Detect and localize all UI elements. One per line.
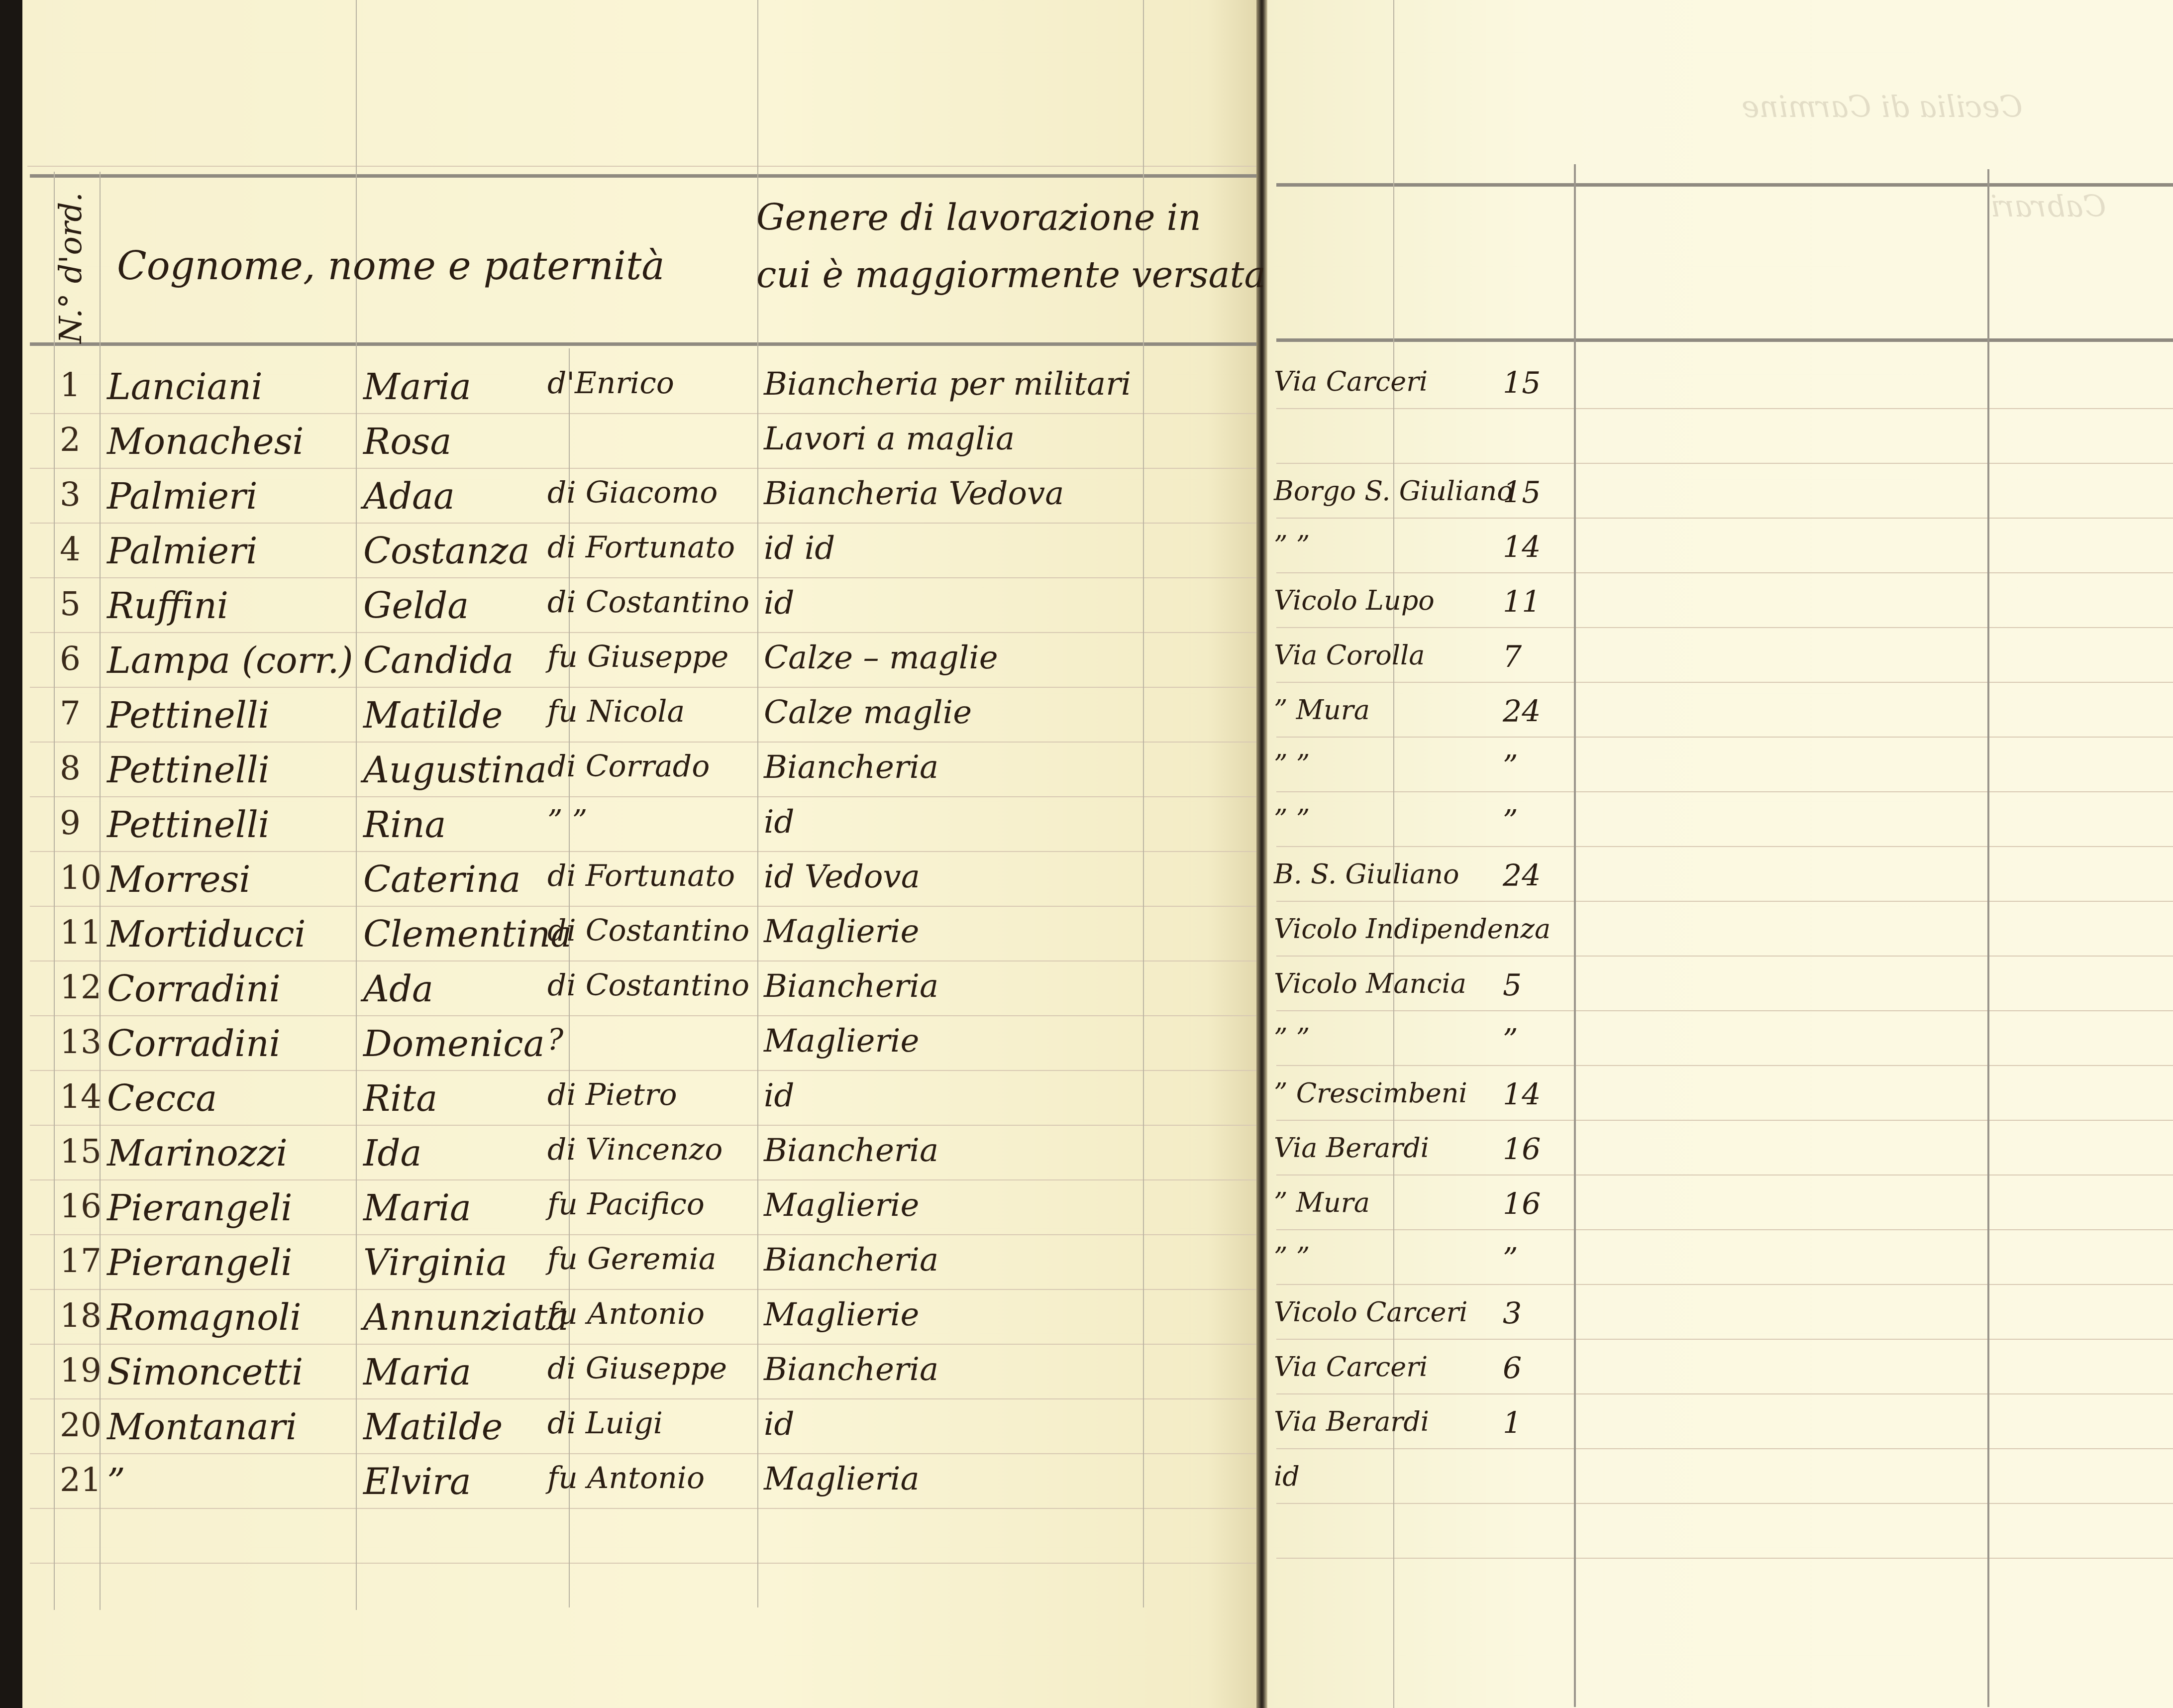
bleed-through-text: Cecilia di Carmine — [1742, 90, 2023, 124]
house-number-cell: 11 — [1503, 585, 1541, 620]
work-type-cell: Biancheria — [764, 1351, 938, 1388]
header-top-rule — [30, 174, 1256, 178]
paternity-cell: di Costantino — [547, 968, 749, 1003]
surname-cell: Lampa (corr.) — [107, 640, 353, 681]
address-cell: Vicolo Mancia — [1274, 968, 1466, 999]
house-number-cell: 5 — [1503, 968, 1522, 1003]
row-rule — [30, 1398, 1256, 1399]
house-number-cell: ” — [1503, 1023, 1518, 1058]
address-cell: ” ” — [1274, 530, 1310, 561]
address-cell: ” Mura — [1274, 694, 1370, 726]
row-rule — [1276, 956, 2173, 957]
work-type-cell: Calze – maglie — [764, 640, 998, 676]
paternity-cell: di Costantino — [547, 913, 749, 948]
surname-cell: Morresi — [107, 858, 251, 900]
row-rule — [30, 413, 1256, 414]
column-header-work-2: cui è maggiormente versata — [756, 254, 1265, 296]
surname-cell: ” — [107, 1461, 125, 1502]
address-cell: B. S. Giuliano — [1274, 858, 1459, 890]
column-rule — [757, 0, 758, 1607]
row-rule — [1276, 1065, 2173, 1066]
row-number: 21 — [60, 1461, 102, 1499]
header-bottom-rule — [30, 342, 1256, 346]
row-rule — [30, 1289, 1256, 1290]
surname-cell: Monachesi — [107, 421, 304, 462]
first-name-cell: Caterina — [363, 858, 520, 900]
first-name-cell: Augustina — [363, 749, 547, 791]
row-number: 18 — [60, 1296, 102, 1335]
row-number: 12 — [60, 968, 102, 1006]
column-rule — [356, 0, 357, 1610]
surname-cell: Marinozzi — [107, 1132, 288, 1174]
house-number-cell: ” — [1503, 1242, 1518, 1277]
row-rule — [30, 468, 1256, 469]
house-number-cell: 6 — [1503, 1351, 1522, 1386]
house-number-cell: 14 — [1503, 530, 1541, 565]
row-rule — [1276, 518, 2173, 519]
row-rule — [1276, 1558, 2173, 1559]
right-header-bottom-rule — [1276, 338, 2173, 342]
paternity-cell: fu Giuseppe — [547, 640, 728, 674]
first-name-cell: Matilde — [363, 1406, 503, 1448]
row-rule — [30, 1234, 1256, 1235]
first-name-cell: Maria — [363, 1351, 471, 1393]
right-page — [1267, 0, 2173, 1708]
row-rule — [30, 851, 1256, 852]
house-number-cell: 14 — [1503, 1077, 1541, 1112]
first-name-cell: Maria — [363, 366, 471, 408]
house-number-cell: 7 — [1503, 640, 1522, 674]
work-type-cell: Biancheria — [764, 1132, 938, 1169]
surname-cell: Simoncetti — [107, 1351, 303, 1393]
column-rule — [1143, 0, 1144, 1607]
address-cell: Via Corolla — [1274, 640, 1425, 671]
row-number: 6 — [60, 640, 81, 678]
surname-cell: Corradini — [107, 1023, 281, 1065]
address-cell: ” Crescimbeni — [1274, 1077, 1467, 1109]
work-type-cell: Biancheria Vedova — [764, 475, 1064, 512]
house-number-cell: 15 — [1503, 366, 1541, 401]
row-rule — [30, 1344, 1256, 1345]
house-number-cell: 24 — [1503, 858, 1541, 893]
address-cell: ” ” — [1274, 804, 1310, 835]
first-name-cell: Matilde — [363, 694, 503, 736]
address-cell: ” Mura — [1274, 1187, 1370, 1218]
column-rule — [1574, 164, 1576, 1707]
paternity-cell: di Luigi — [547, 1406, 663, 1441]
first-name-cell: Rita — [363, 1077, 437, 1119]
house-number-cell: 3 — [1503, 1296, 1522, 1331]
surname-cell: Romagnoli — [107, 1296, 302, 1338]
row-number: 9 — [60, 804, 81, 842]
row-number: 16 — [60, 1187, 102, 1225]
first-name-cell: Domenica — [363, 1023, 545, 1065]
row-number: 7 — [60, 694, 81, 733]
row-number: 20 — [60, 1406, 102, 1444]
surname-cell: Mortiducci — [107, 913, 306, 955]
row-rule — [1276, 1229, 2173, 1230]
row-rule — [1276, 846, 2173, 847]
address-cell: Via Berardi — [1274, 1406, 1429, 1437]
work-type-cell: Maglieria — [764, 1461, 920, 1497]
paternity-cell: d'Enrico — [547, 366, 674, 401]
first-name-cell: Rosa — [363, 421, 451, 462]
row-rule — [30, 796, 1256, 797]
first-name-cell: Clementina — [363, 913, 572, 955]
first-name-cell: Ada — [363, 968, 433, 1010]
first-name-cell: Costanza — [363, 530, 529, 572]
row-rule — [30, 1015, 1256, 1016]
first-name-cell: Rina — [363, 804, 446, 846]
row-rule — [30, 577, 1256, 578]
row-number: 15 — [60, 1132, 102, 1171]
row-rule — [1276, 463, 2173, 464]
address-cell: Vicolo Indipendenza — [1274, 913, 1551, 945]
paternity-cell: fu Geremia — [547, 1242, 716, 1277]
row-rule — [30, 687, 1256, 688]
address-cell: id — [1274, 1461, 1300, 1492]
house-number-cell: 24 — [1503, 694, 1541, 729]
surname-cell: Pettinelli — [107, 804, 270, 846]
row-rule — [1276, 682, 2173, 683]
row-rule — [1276, 1393, 2173, 1394]
row-rule — [30, 1508, 1256, 1509]
row-rule — [1276, 737, 2173, 738]
work-type-cell: Biancheria per militari — [764, 366, 1131, 403]
work-type-cell: Biancheria — [764, 1242, 938, 1279]
work-type-cell: Maglierie — [764, 1023, 919, 1060]
row-number: 5 — [60, 585, 81, 623]
surname-cell: Pierangeli — [107, 1242, 293, 1283]
paternity-cell: di Vincenzo — [547, 1132, 723, 1167]
surname-cell: Lanciani — [107, 366, 263, 408]
row-number: 10 — [60, 858, 102, 897]
surname-cell: Palmieri — [107, 475, 258, 517]
surname-cell: Montanari — [107, 1406, 297, 1448]
row-rule — [30, 1125, 1256, 1126]
surname-cell: Cecca — [107, 1077, 217, 1119]
work-type-cell: Biancheria — [764, 968, 938, 1005]
row-rule — [30, 1563, 1256, 1564]
house-number-cell: ” — [1503, 749, 1518, 784]
address-cell: ” ” — [1274, 1023, 1310, 1054]
work-type-cell: Biancheria — [764, 749, 938, 786]
row-rule — [1276, 791, 2173, 792]
house-number-cell: 16 — [1503, 1187, 1541, 1222]
row-rule — [1276, 1120, 2173, 1121]
surname-cell: Palmieri — [107, 530, 258, 572]
work-type-cell: Lavori a maglia — [764, 421, 1015, 457]
first-name-cell: Elvira — [363, 1461, 471, 1502]
surname-cell: Corradini — [107, 968, 281, 1010]
column-header-name: Cognome, nome e paternità — [117, 244, 665, 289]
work-type-cell: Maglierie — [764, 1296, 919, 1333]
paternity-cell: di Costantino — [547, 585, 749, 620]
column-rule — [1393, 0, 1394, 1708]
paternity-cell: di Fortunato — [547, 858, 735, 893]
row-rule — [1276, 1448, 2173, 1449]
address-cell: Borgo S. Giuliano — [1274, 475, 1513, 507]
row-number: 2 — [60, 421, 81, 459]
paternity-cell: fu Antonio — [547, 1296, 705, 1331]
paternity-cell: fu Antonio — [547, 1461, 705, 1495]
address-cell: Via Carceri — [1274, 1351, 1428, 1383]
house-number-cell: 16 — [1503, 1132, 1541, 1167]
first-name-cell: Ida — [363, 1132, 421, 1174]
row-rule — [1276, 1174, 2173, 1175]
row-number: 19 — [60, 1351, 102, 1389]
bleed-through-text: Cabrari — [1990, 189, 2106, 224]
paternity-cell: di Giacomo — [547, 475, 718, 510]
row-rule — [1276, 901, 2173, 902]
work-type-cell: Maglierie — [764, 913, 919, 950]
row-rule — [30, 1453, 1256, 1454]
work-type-cell: id — [764, 1406, 794, 1443]
row-number: 8 — [60, 749, 81, 787]
paternity-cell: ” ” — [547, 804, 587, 839]
paternity-cell: di Fortunato — [547, 530, 735, 565]
right-header-top-rule — [1276, 183, 2173, 187]
work-type-cell: id Vedova — [764, 858, 920, 895]
paternity-cell: fu Pacifico — [547, 1187, 705, 1222]
row-rule — [30, 1070, 1256, 1071]
house-number-cell: ” — [1503, 804, 1518, 839]
row-number: 3 — [60, 475, 81, 514]
row-rule — [30, 1179, 1256, 1180]
house-number-cell: 1 — [1503, 1406, 1522, 1441]
column-rule — [54, 172, 55, 1610]
row-rule — [1276, 1010, 2173, 1011]
row-rule — [30, 906, 1256, 907]
row-rule — [1276, 627, 2173, 628]
work-type-cell: Calze maglie — [764, 694, 972, 731]
column-rule — [1987, 169, 1989, 1707]
address-cell: Vicolo Carceri — [1274, 1296, 1468, 1328]
row-rule — [1276, 1284, 2173, 1285]
row-number: 4 — [60, 530, 81, 568]
address-cell: ” ” — [1274, 1242, 1310, 1273]
row-number: 17 — [60, 1242, 102, 1280]
column-header-number: N.° d'ord. — [52, 192, 89, 343]
work-type-cell: id id — [764, 530, 835, 567]
paternity-cell: di Giuseppe — [547, 1351, 727, 1386]
paternity-cell: di Pietro — [547, 1077, 677, 1112]
paternity-cell: fu Nicola — [547, 694, 685, 729]
first-name-cell: Virginia — [363, 1242, 508, 1283]
surname-cell: Ruffini — [107, 585, 228, 627]
work-type-cell: id — [764, 1077, 794, 1114]
address-cell: Vicolo Lupo — [1274, 585, 1435, 616]
row-number: 1 — [60, 366, 81, 404]
house-number-cell: 15 — [1503, 475, 1541, 510]
address-cell: Via Carceri — [1274, 366, 1428, 397]
paternity-cell: ? — [547, 1023, 563, 1058]
row-number: 11 — [60, 913, 102, 952]
row-rule — [30, 632, 1256, 633]
first-name-cell: Candida — [363, 640, 514, 681]
row-rule — [1276, 572, 2173, 573]
first-name-cell: Annunziata — [363, 1296, 569, 1338]
row-number: 13 — [60, 1023, 102, 1061]
surname-cell: Pierangeli — [107, 1187, 293, 1229]
first-name-cell: Maria — [363, 1187, 471, 1229]
first-name-cell: Adaa — [363, 475, 455, 517]
rule — [27, 166, 1256, 167]
work-type-cell: id — [764, 585, 794, 622]
row-rule — [30, 742, 1256, 743]
row-rule — [30, 961, 1256, 961]
row-rule — [1276, 408, 2173, 409]
row-number: 14 — [60, 1077, 102, 1116]
row-rule — [1276, 1339, 2173, 1340]
address-cell: Via Berardi — [1274, 1132, 1429, 1164]
surname-cell: Pettinelli — [107, 694, 270, 736]
row-rule — [30, 523, 1256, 524]
work-type-cell: id — [764, 804, 794, 841]
row-rule — [1276, 1503, 2173, 1504]
address-cell: ” ” — [1274, 749, 1310, 780]
paternity-cell: di Corrado — [547, 749, 710, 784]
surname-cell: Pettinelli — [107, 749, 270, 791]
work-type-cell: Maglierie — [764, 1187, 919, 1224]
first-name-cell: Gelda — [363, 585, 469, 627]
column-header-work-1: Genere di lavorazione in — [756, 197, 1201, 238]
